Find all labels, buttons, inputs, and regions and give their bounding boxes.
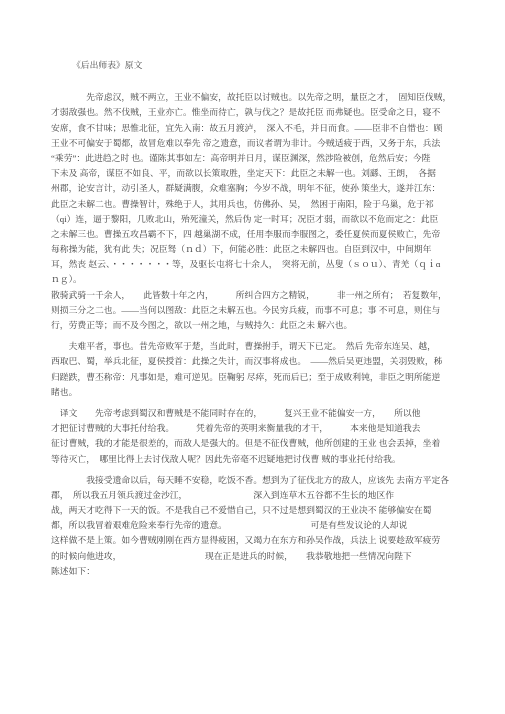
- text-line: 陈述如下：: [51, 564, 475, 579]
- text-line: 征讨曹贼，我的才能是很差的，而敌人是强大的。但是不征伐曹贼，他所创建的王业 也会…: [51, 436, 475, 451]
- text-line: 归蹉跌，曹丕称帝：凡事如是，难可逆见。臣鞠躬 尽瘁，死而后已；至于成败利钝，非臣…: [51, 370, 475, 385]
- text-line: 州郡，论安言计，动引圣人，群疑满腹，众难塞胸；今岁不战，明年不征，使孙 策坐大，…: [51, 181, 475, 196]
- text-line: 郡， 所以我五月领兵渡过金沙江， 深入到连草木五谷都不生长的地区作: [51, 488, 475, 503]
- document-page: 《后出师表》原文 先帝虑汉，贼不两立，王业不偏安，故托臣以讨贼也。以先帝之明，量…: [0, 0, 505, 714]
- paragraph-original-1: 先帝虑汉，贼不两立，王业不偏安，故托臣以讨贼也。以先帝之明，量臣之才， 固知臣伐…: [51, 90, 475, 333]
- text-line: 行，劳费正等；而不及今图之，欲以一州之地，与贼持久：此臣之未 解六也。: [51, 318, 475, 333]
- text-line: 每称操为能，犹有此 失；况臣驽（ｎｄ）下，何能必胜：此臣之未解四也。自臣到汉中，…: [51, 242, 475, 257]
- document-title: 《后出师表》原文: [72, 58, 475, 73]
- text-line: 散骑武骑一千余人， 此皆数十年之内， 所纠合四方之精锐， 非一州之所有； 若复数…: [51, 288, 475, 303]
- text-line: 才把征讨曹贼的大事托付给我。 凭着先帝的英明来衡量我的才干， 本来他是知道我去: [51, 421, 475, 436]
- text-line: 的时候向他进攻， 现在正是进兵的时候， 我恭敬地把一些情况向陛下: [51, 549, 475, 564]
- text-line: 译文 先帝考虑到蜀汉和曹贼是不能同时存在的， 复兴王业不能偏安一方， 所以他: [51, 406, 475, 421]
- document-body: 《后出师表》原文 先帝虑汉，贼不两立，王业不偏安，故托臣以讨贼也。以先帝之明，量…: [51, 58, 475, 579]
- text-line: 王业不可偏安于蜀都，故冒危难以奉先 帝之遗意，而议者谓为非计。今贼适疲于西，又务…: [51, 136, 475, 151]
- text-line: 才弱敌强也。然不伐贼，王业亦亡。惟坐而待亡，孰与伐之？是故托臣 而弗疑也。臣受命…: [51, 105, 475, 120]
- text-line: 战，两天才吃得下一天的饭。不是我自己不爱惜自己，只不过是想到蜀汉的王业决不 能够…: [51, 503, 475, 518]
- text-line: 我接受遗命以后，每天睡不安稳，吃饭不香。想到为了征伐北方的敌人，应该先 去南方平…: [51, 473, 475, 488]
- text-line: 此臣之未解二也。曹操智计，殊绝于人，其用兵也，仿佛孙、吴， 然困于南阳，险于乌巢…: [51, 197, 475, 212]
- text-line: ｎｇ）。: [51, 272, 475, 287]
- text-line: 安席，食不甘味；思惟北征，宜先入南：故五月渡泸， 深入不毛，并日而食。——臣非不…: [51, 121, 475, 136]
- text-line: 下未及 高帝，谋臣不如良、平，而欲以长策取胜，坐定天下：此臣之未解一也。刘繇、王…: [51, 166, 475, 181]
- text-line: 睹也。: [51, 385, 475, 400]
- paragraph-original-2: 夫难平者，事也。昔先帝败军于楚，当此时，曹操拊手，谓天下已定。 然后 先帝东连吴…: [51, 339, 475, 400]
- text-line: 等待灭亡， 哪里比得上去讨伐敌人呢？因此先帝毫不迟疑地把讨伐曹 贼的事业托付给我…: [51, 452, 475, 467]
- text-line: （qi）连，逼于黎阳，几败北山，殆死潼关，然后伪 定一时耳；况臣才弱，而欲以不危…: [51, 212, 475, 227]
- text-line: 这样做不是上策。如今曹贼刚刚在西方显得疲困，又竭力在东方和孙吴作战，兵法上 说要…: [51, 533, 475, 548]
- text-line: 夫难平者，事也。昔先帝败军于楚，当此时，曹操拊手，谓天下已定。 然后 先帝东连吴…: [51, 339, 475, 354]
- text-line: 先帝虑汉，贼不两立，王业不偏安，故托臣以讨贼也。以先帝之明，量臣之才， 固知臣伐…: [51, 90, 475, 105]
- text-line: 都，所以我冒着艰难危险来奉行先帝的遗意。 可是有些发议论的人却说: [51, 518, 475, 533]
- paragraph-translation-2: 我接受遗命以后，每天睡不安稳，吃饭不香。想到为了征伐北方的敌人，应该先 去南方平…: [51, 473, 475, 579]
- text-line: 则损三分之二也。——当何以图敌：此臣之未解五也。今民穷兵疲，而事不可息；事 不可…: [51, 303, 475, 318]
- text-line: 耳，然丧 赵云、・・・・・・・等，及驱长屯将七十余人， 突将无前，丛叟（ｓｏｕ）…: [51, 257, 475, 272]
- text-line: “乘劳”：此进趋之时 也。谨陈其事如左：高帝明并日月，谋臣渊深，然涉险被创，危然…: [51, 151, 475, 166]
- text-line: 之未解三也。曹操五攻昌霸不下，四 越巢湖不成，任用李服而李服图之，委任夏侯而夏侯…: [51, 227, 475, 242]
- paragraph-translation-1: 译文 先帝考虑到蜀汉和曹贼是不能同时存在的， 复兴王业不能偏安一方， 所以他才把…: [51, 406, 475, 467]
- text-line: 西取巴、蜀，举兵北征，夏侯授首：此操之失计，而汉事将成也。 ——然后吴更违盟，关…: [51, 354, 475, 369]
